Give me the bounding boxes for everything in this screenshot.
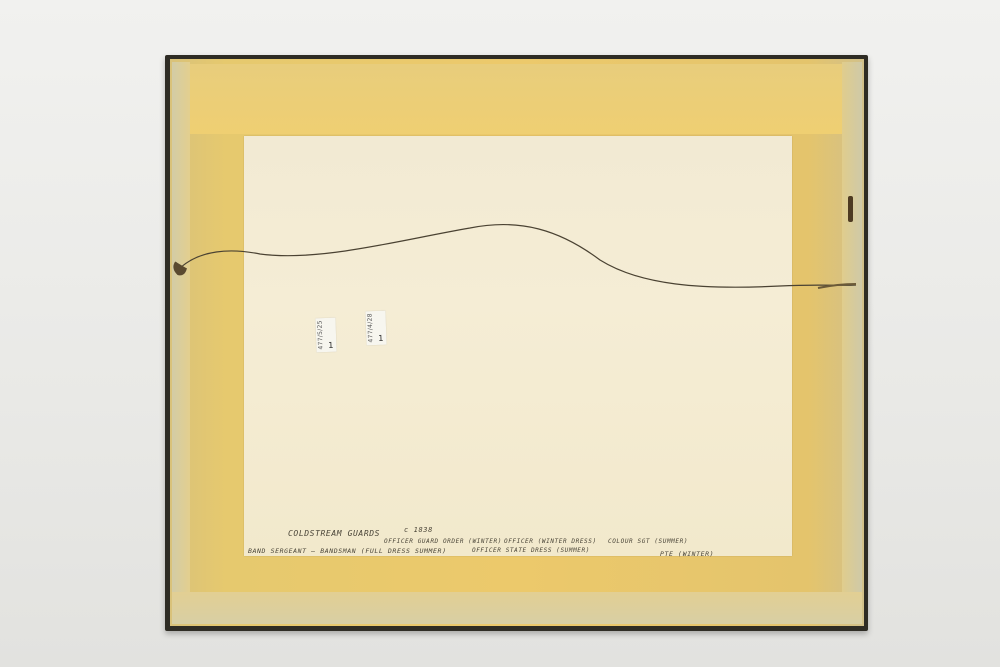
inscription-lower-1: BAND SERGEANT — BANDSMAN (FULL DRESS SUM… <box>248 547 447 555</box>
label-code: 477/4/28 <box>366 313 374 343</box>
inscription-upper-2: OFFICER (WINTER DRESS) <box>504 538 597 545</box>
inscription-date: c 1838 <box>404 526 433 534</box>
lot-label: 477/4/28 1 <box>365 311 386 346</box>
inscription-upper-3: COLOUR SGT (SUMMER) <box>608 538 688 545</box>
inscription-lower-3: PTE (WINTER) <box>660 550 714 558</box>
label-code: 477/5/25 <box>316 320 324 350</box>
label-number: 1 <box>328 341 333 350</box>
hanging-wire <box>0 0 1000 667</box>
inscription-lower-2: OFFICER STATE DRESS (SUMMER) <box>472 547 590 554</box>
inscription-title: COLDSTREAM GUARDS <box>288 529 380 538</box>
label-number: 1 <box>378 334 383 343</box>
inscription-upper-1: OFFICER GUARD ORDER (WINTER) <box>384 538 502 545</box>
lot-label: 477/5/25 1 <box>315 318 336 353</box>
